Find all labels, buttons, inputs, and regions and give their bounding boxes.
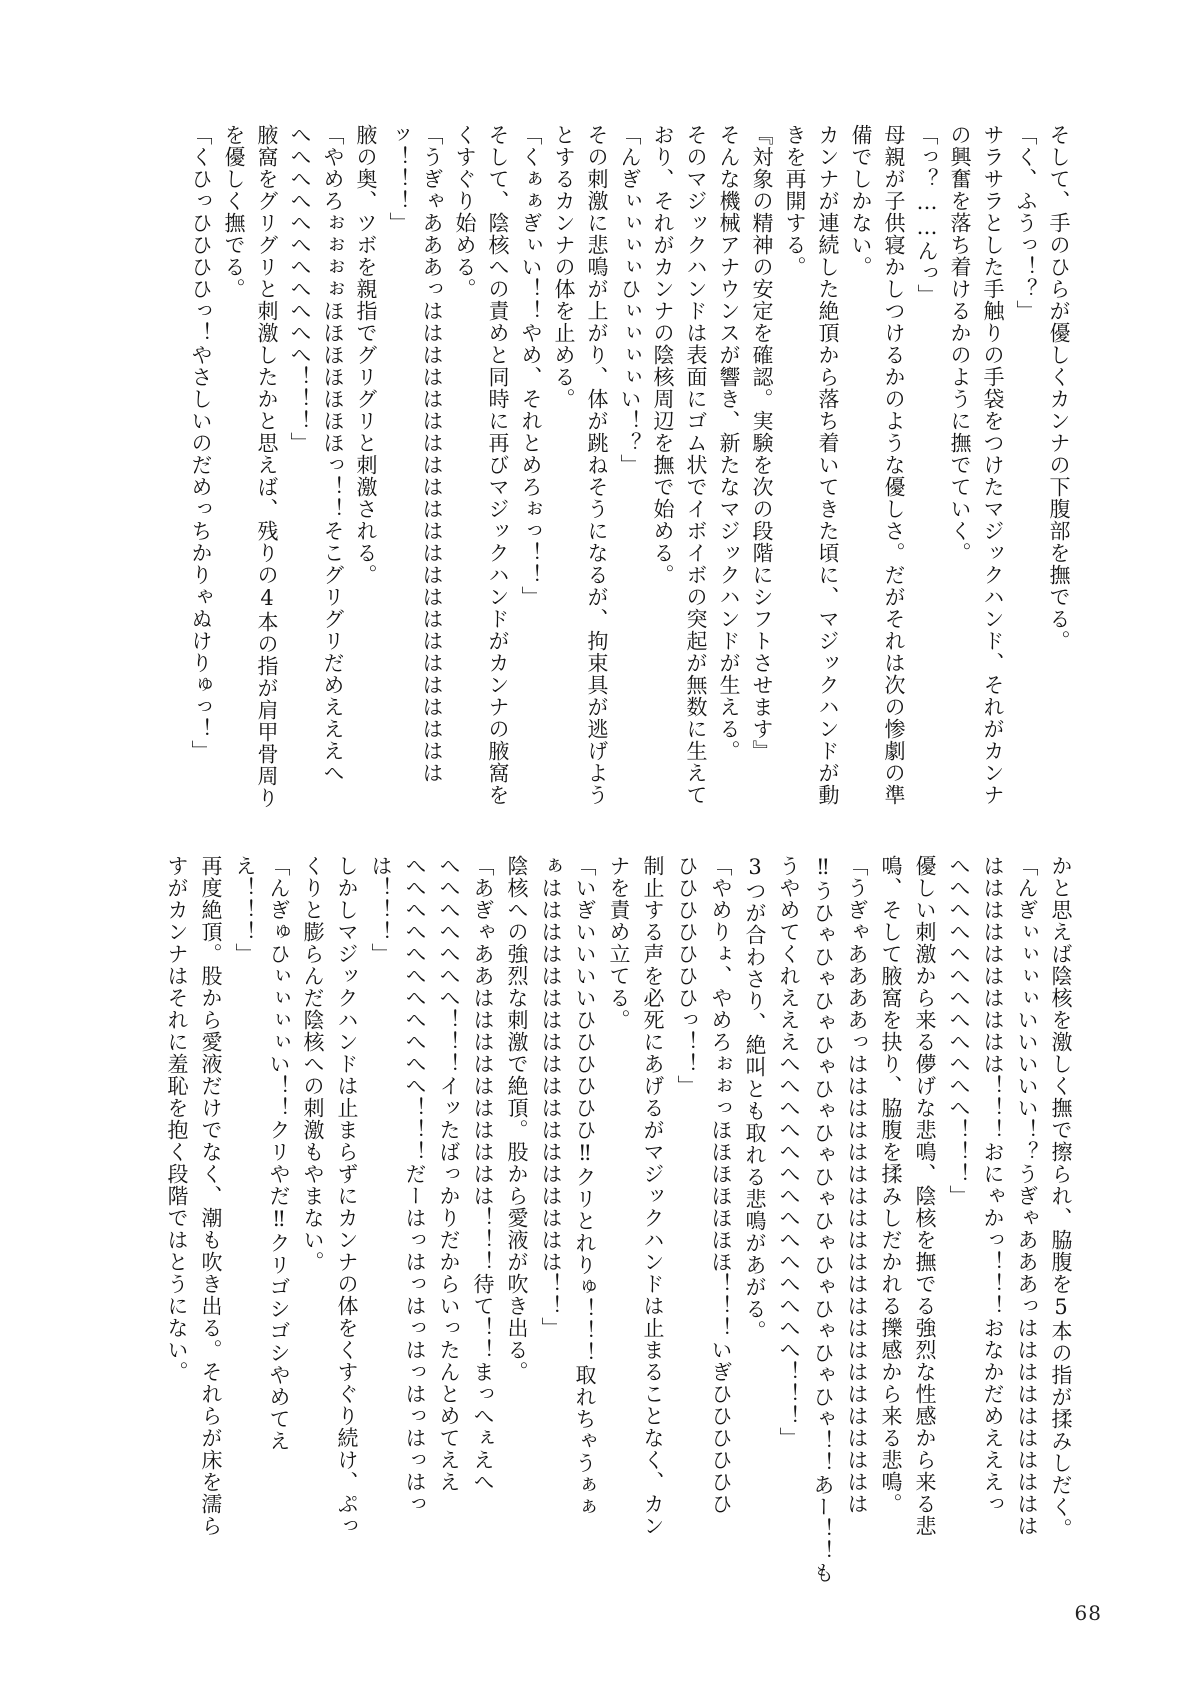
text-column: 「くひっひひひひっ！やさしいのだめっちかりゃぬけりゅっ！」 — [184, 124, 217, 894]
text-column: 「くぁぁぎぃい！！やめ、それとめろぉっ！！」 — [514, 124, 547, 894]
text-column: 3つが合わさり、絶叫とも取れる悲鳴があがる。 — [738, 855, 772, 1625]
text-column: ッ！！！」 — [382, 124, 415, 894]
text-column: くりと膨らんだ陰核への刺激もやまない。 — [296, 855, 330, 1625]
text-column: そのマジックハンドは表面にゴム状でイボイボの突起が無数に生えて — [679, 124, 712, 894]
text-column: 「うぎゃあああっはははははははははははははははははははははは — [415, 124, 448, 894]
text-column: 「やめりょ、やめろぉぉっほほほほほほほ！！！いぎひひひひひひ — [704, 855, 738, 1625]
text-column: ひひひひひひひっ！！」 — [670, 855, 704, 1625]
text-column: の興奮を落ち着けるかのように撫でていく。 — [943, 124, 976, 894]
text-column: え！！！」 — [228, 855, 262, 1625]
text-column: 「うぎゃああああっははははははははははははははははははははは — [840, 855, 874, 1625]
text-column: とするカンナの体を止める。 — [547, 124, 580, 894]
text-column: は！！！」 — [364, 855, 398, 1625]
text-column: へへへへへへへへへへへ！！！だーはっはっはっはっはっはっはっ — [398, 855, 432, 1625]
text-column: 「っ？……んっ」 — [910, 124, 943, 894]
text-column: を優しく撫でる。 — [217, 124, 250, 894]
text-column: ぁはははははははははははははははははは！！」 — [534, 855, 568, 1625]
text-column: へへへへへへへへへへへ！！！」 — [283, 124, 316, 894]
text-block-upper: そして、手のひらが優しくカンナの下腹部を撫でる。「く、ふうっ！？」サラサラとした… — [184, 124, 1075, 894]
text-column: うやめてくれえええへへへへへへへへへへへへへへ！！！」 — [772, 855, 806, 1625]
text-column: しかしマジックハンドは止まらずにカンナの体をくすぐり続け、ぷっ — [330, 855, 364, 1625]
text-column: 備でしかない。 — [844, 124, 877, 894]
text-column: すがカンナはそれに羞恥を抱く段階ではとうにない。 — [160, 855, 194, 1625]
text-column: かと思えば陰核を激しく撫で擦られ、脇腹を5本の指が揉みしだく。 — [1044, 855, 1078, 1625]
text-column: 陰核への強烈な刺激で絶頂。股から愛液が吹き出る。 — [500, 855, 534, 1625]
text-column: 母親が子供寝かしつけるかのような優しさ。だがそれは次の惨劇の準 — [877, 124, 910, 894]
text-column: そんな機械アナウンスが響き、新たなマジックハンドが生える。 — [712, 124, 745, 894]
text-column: おり、それがカンナの陰核周辺を撫で始める。 — [646, 124, 679, 894]
text-column: 鳴、そして腋窩を抉り、脇腹を揉みしだかれる擽感から来る悲鳴。 — [874, 855, 908, 1625]
text-column: 「んぎぃぃぃぃいいいいい！？うぎゃあああっはははははははははは — [1010, 855, 1044, 1625]
text-column: 腋の奥、ツボを親指でグリグリと刺激される。 — [349, 124, 382, 894]
text-column: 「んぎぃぃぃぃひぃぃぃぃい！？」 — [613, 124, 646, 894]
text-block-lower: かと思えば陰核を激しく撫で擦られ、脇腹を5本の指が揉みしだく。「んぎぃぃぃぃいい… — [160, 855, 1078, 1625]
text-column: 「あぎゃああはははははははははは！！！待て！！まっへぇえへ — [466, 855, 500, 1625]
manuscript-page: そして、手のひらが優しくカンナの下腹部を撫でる。「く、ふうっ！？」サラサラとした… — [0, 0, 1200, 1695]
text-column: 「いぎいいいいひひひひひひ‼クリとれりゅ！！！取れちゃうぁぁ — [568, 855, 602, 1625]
text-column: サラサラとした手触りの手袋をつけたマジックハンド、それがカンナ — [976, 124, 1009, 894]
text-column: 「く、ふうっ！？」 — [1009, 124, 1042, 894]
text-column: へへへへへへへへへへへへ！！！」 — [942, 855, 976, 1625]
text-column: そして、陰核への責めと同時に再びマジックハンドがカンナの腋窩を — [481, 124, 514, 894]
text-column: ナを責め立てる。 — [602, 855, 636, 1625]
text-column: きを再開する。 — [778, 124, 811, 894]
text-column: 制止する声を必死にあげるがマジックハンドは止まることなく、カン — [636, 855, 670, 1625]
text-column: 優しい刺激から来る儚げな悲鳴、陰核を撫でる強烈な性感から来る悲 — [908, 855, 942, 1625]
text-column: へへへへへへへ！！！イッたばっかりだからいったんとめてええ — [432, 855, 466, 1625]
page-number: 68 — [1075, 1601, 1102, 1625]
text-column: はははははははははは！！！おにゃかっ！！！おなかだめえええっ — [976, 855, 1010, 1625]
text-column: カンナが連続した絶頂から落ち着いてきた頃に、マジックハンドが動 — [811, 124, 844, 894]
text-column: 「やめろぉぉぉぉほほほほほほほっ！！そこグリグリだめえええへ — [316, 124, 349, 894]
text-column: くすぐり始める。 — [448, 124, 481, 894]
text-column: 「んぎゅひぃぃぃぃい！！クリやだ‼クリゴシゴシやめてえ — [262, 855, 296, 1625]
text-column: その刺激に悲鳴が上がり、体が跳ねそうになるが、拘束具が逃げよう — [580, 124, 613, 894]
text-column: 『対象の精神の安定を確認。実験を次の段階にシフトさせます』 — [745, 124, 778, 894]
text-column: 再度絶頂。股から愛液だけでなく、潮も吹き出る。それらが床を濡ら — [194, 855, 228, 1625]
text-column: 腋窩をグリグリと刺激したかと思えば、残りの4本の指が肩甲骨周り — [250, 124, 283, 894]
text-column: そして、手のひらが優しくカンナの下腹部を撫でる。 — [1042, 124, 1075, 894]
text-column: ‼うひゃひゃひゃひゃひゃひゃひゃひゃひゃひゃひゃひゃ！！あー！！も — [806, 855, 840, 1625]
